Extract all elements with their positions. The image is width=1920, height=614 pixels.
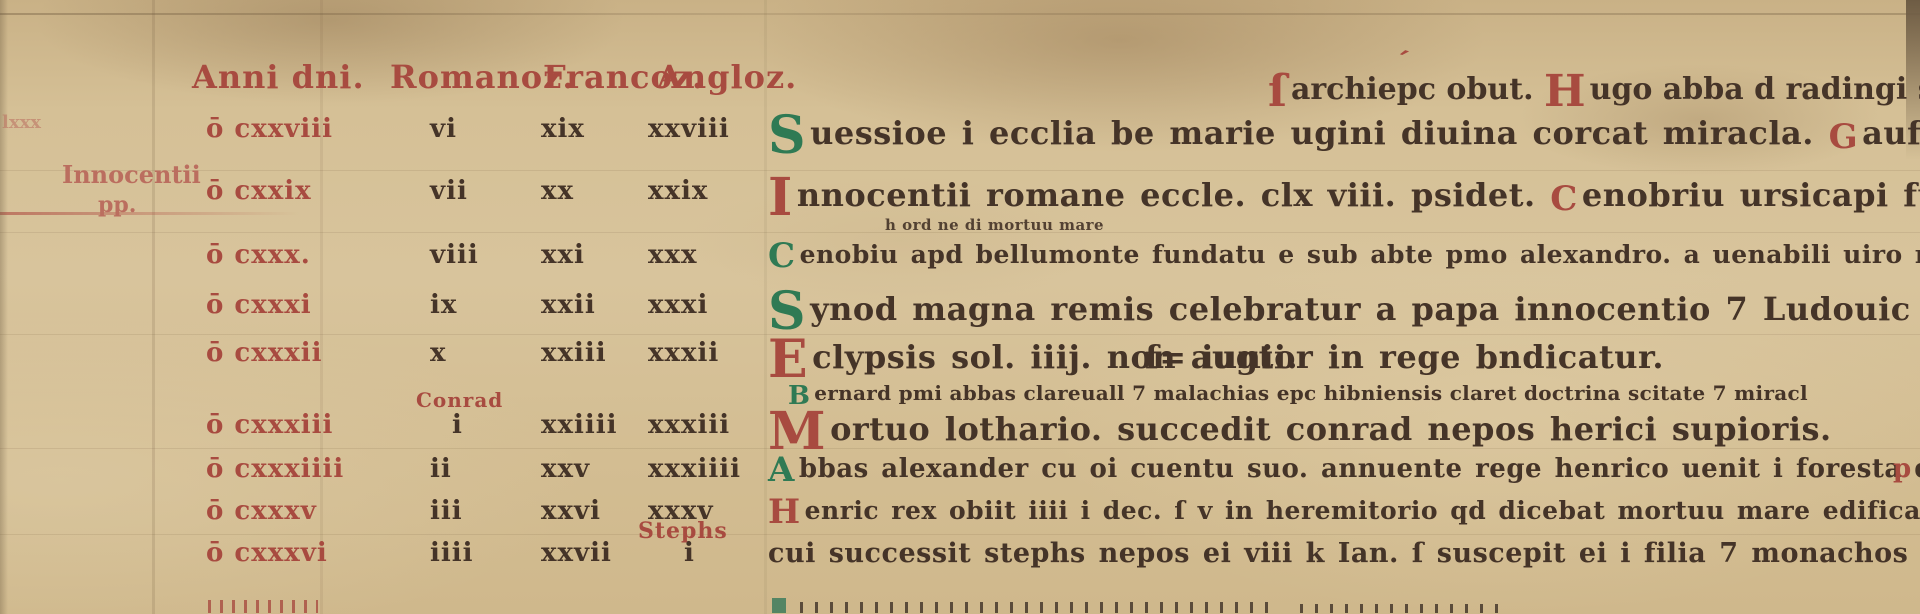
emperor-regnal-year: x [430,338,447,368]
year-anno-domini: ō cxxxiiii [206,454,344,484]
margin-note-pope-name: Innocentii [62,160,201,189]
french-regnal-year: xxi [541,240,585,270]
emperor-regnal-year: viii [430,240,479,270]
english-regnal-year: xxxiii [648,410,730,440]
king-name-label: Stephs [638,518,728,544]
small-script-entry: Bernard pmi abbas clareuall 7 malachias … [788,381,1808,405]
emperor-regnal-year: iii [430,496,463,526]
english-regnal-year: xxxi [648,290,708,320]
emperor-regnal-year: i [452,410,463,440]
red-ruling-stroke [0,212,300,215]
ruling-line [0,334,1920,335]
emperor-regnal-year: iiii [430,538,474,568]
rubricated-initial: G [1829,117,1859,157]
continuation-line: ſarchiepc obut. Hugo abba d radingi succ [1268,72,1920,107]
entry-text-continuation: ſ= iunior in rege bndicatur. [1145,338,1664,376]
french-regnal-year: xxiiii [541,410,618,440]
entry-text: Innocentii romane eccle. clx viii. pside… [768,176,1920,214]
year-anno-domini: ō cxxviii [206,114,333,144]
vertical-crease-line [152,0,155,614]
column-header-anni-domini: Anni dni. [192,58,365,96]
rubricated-initial: C [1550,179,1578,219]
french-regnal-year: xxiii [541,338,607,368]
page-edge-shadow [0,0,8,614]
emperor-regnal-year: vi [430,114,457,144]
rubricated-initial: H [768,492,801,532]
year-anno-domini: ō cxxxv [206,496,317,526]
english-regnal-year: i [684,538,695,568]
entry-text: cui successit stephs nepos ei viii k Ian… [768,538,1920,569]
english-regnal-year: xxviii [648,114,730,144]
emperor-regnal-year: ii [430,454,452,484]
year-anno-domini: ō cxxx. [206,240,311,270]
emperor-regnal-year: ix [430,290,457,320]
english-regnal-year: xxxii [648,338,719,368]
entry-text: ugo abba d radingi succ [1590,72,1920,107]
year-anno-domini: ō cxxxii [206,338,322,368]
ruling-line [0,534,1920,535]
entry-text: Abbas alexander cu oi cuentu suo. annuen… [768,454,1920,484]
rubricated-initial: ſ [1268,66,1287,117]
clipped-text-fragment [800,602,1270,613]
entry-text: Suessioe i ecclia be marie ugini diuina … [768,114,1920,152]
entry-text: Cenobiu apd bellumonte fundatu e sub abt… [768,240,1920,269]
entry-text: Mortuo lothario. succedit conrad nepos h… [768,410,1832,448]
quire-mark: lxxx [2,112,41,133]
french-regnal-year: xxii [541,290,596,320]
french-regnal-year: xxvi [541,496,601,526]
french-regnal-year: xix [541,114,585,144]
clipped-text-fragment [208,600,318,613]
entry-text: Henric rex obiit iiii i dec. ſ v in here… [768,496,1920,525]
clipped-initial-fragment [772,598,786,613]
clipped-text-fragment [1300,604,1510,613]
illuminated-initial: S [768,105,806,166]
entry-text: Synod magna remis celebratur a papa inno… [768,290,1920,328]
manuscript-page: lxxx Innocentii pp. Anni dni. Romanoz. F… [0,0,1920,614]
french-regnal-year: xxvii [541,538,612,568]
english-regnal-year: xxx [648,240,698,270]
margin-note-pope-title: pp. [98,192,136,218]
entry-text: archiepc obut. [1291,72,1544,107]
emperor-regnal-year: vii [430,176,468,206]
year-anno-domini: ō cxxix [206,176,312,206]
illuminated-initial: A [768,450,795,490]
column-header-english: Angloz. [657,58,797,96]
ruling-line [0,448,1920,449]
ruling-line [0,170,1920,171]
english-regnal-year: xxix [648,176,708,206]
red-margin-mark: p [1893,454,1912,484]
illuminated-initial: C [768,236,796,276]
horizontal-crease-line [0,13,1920,15]
emperor-name-label: Conrad [416,388,503,412]
rubricated-initial: H [1544,66,1586,117]
year-anno-domini: ō cxxxvi [206,538,328,568]
interlinear-gloss: h ord ne di mortuu mare [885,216,1104,234]
english-regnal-year: xxxiiii [648,454,741,484]
rubricated-initial: I [768,167,793,228]
year-anno-domini: ō cxxxi [206,290,312,320]
year-anno-domini: ō cxxxiii [206,410,333,440]
french-regnal-year: xxv [541,454,590,484]
french-regnal-year: xx [541,176,574,206]
